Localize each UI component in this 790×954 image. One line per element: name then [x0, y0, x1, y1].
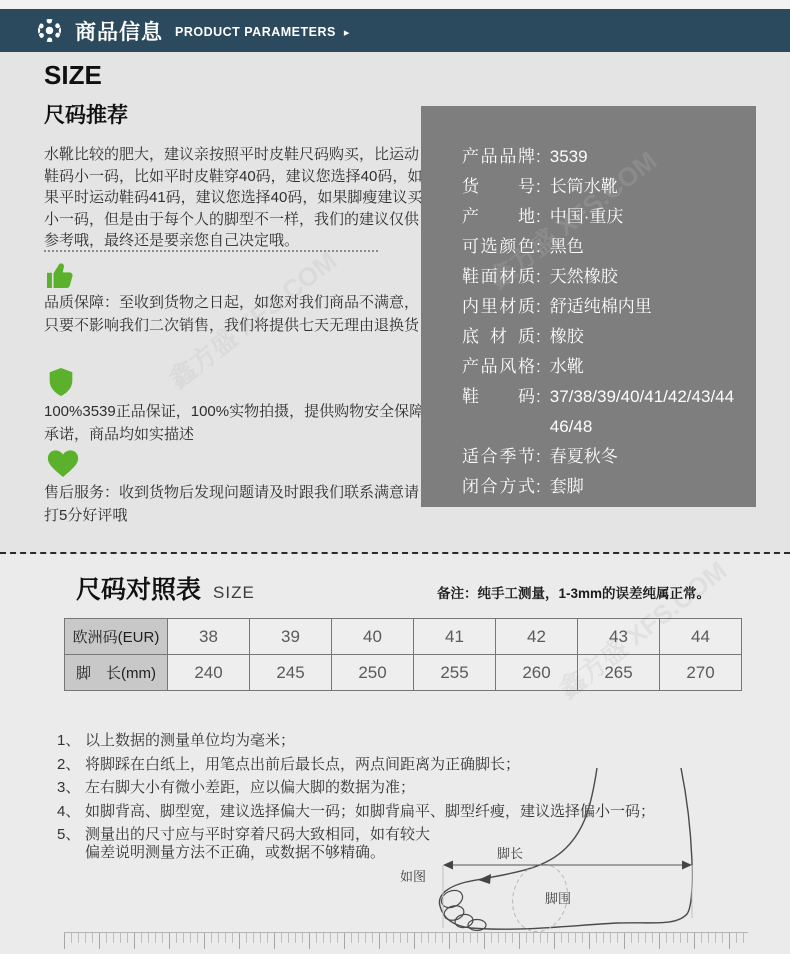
- authentic-guarantee-text: 100%3539正品保证，100%实物拍摄，提供购物安全保障承诺，商品均如实描述: [44, 400, 427, 446]
- row-header: 脚 长(mm): [65, 655, 168, 691]
- section-subtitle: PRODUCT PARAMETERS: [175, 25, 336, 39]
- shoe-sizes-line2: 46/48: [550, 412, 750, 442]
- arrow-left-icon: [443, 861, 453, 870]
- after-sale-text: 售后服务：收到货物后发现问题请及时跟我们联系满意请打5分好评哦: [44, 481, 427, 527]
- param-row-shoe-sizes: 鞋码:37/38/39/40/41/42/43/4446/48: [462, 382, 750, 442]
- param-row: 货号:长筒水靴: [462, 172, 750, 202]
- foot-measure-diagram: 如图 脚长 脚围: [390, 768, 790, 933]
- table-row-eur: 欧洲码(EUR) 38 39 40 41 42 43 44: [65, 619, 742, 655]
- section-title: 商品信息: [75, 16, 163, 46]
- product-parameters-page: 商品信息 PRODUCT PARAMETERS ▸ SIZE 尺码推荐 水靴比较…: [0, 0, 790, 954]
- ruler: [64, 932, 748, 949]
- param-row: 适合季节:春夏秋冬: [462, 442, 750, 472]
- label-foot-length: 脚长: [497, 846, 523, 861]
- shield-icon: [45, 366, 77, 398]
- size-chart-title: 尺码对照表: [76, 576, 201, 604]
- table-row-foot-length: 脚 长(mm) 240 245 250 255 260 265 270: [65, 655, 742, 691]
- size-recommend-section: SIZE 尺码推荐 水靴比较的肥大，建议亲按照平时皮鞋尺码购买，比运动鞋码小一码…: [0, 52, 790, 553]
- thumbs-up-icon: [45, 260, 77, 292]
- dotted-divider: [44, 250, 378, 252]
- param-row: 产地:中国·重庆: [462, 202, 750, 232]
- param-row: 内里材质:舒适纯棉内里: [462, 292, 750, 322]
- heart-icon: [45, 446, 81, 478]
- size-heading-cn: 尺码推荐: [44, 99, 426, 129]
- size-comparison-table: 欧洲码(EUR) 38 39 40 41 42 43 44 脚 长(mm) 24…: [64, 618, 742, 691]
- section-header: 商品信息 PRODUCT PARAMETERS ▸: [0, 9, 790, 52]
- param-row: 底材质:橡胶: [462, 322, 750, 352]
- arrow-right-icon: ▸: [344, 26, 350, 39]
- toes-outline: [439, 887, 486, 930]
- label-foot-girth: 脚围: [545, 891, 571, 906]
- note-item: 1、以上数据的测量单位均为毫米；: [57, 732, 655, 750]
- param-row: 闭合方式:套脚: [462, 472, 750, 502]
- param-row: 产品风格:水靴: [462, 352, 750, 382]
- param-row: 可选颜色:黑色: [462, 232, 750, 262]
- size-advice-paragraph: 水靴比较的肥大，建议亲按照平时皮鞋尺码购买，比运动鞋码小一码，比如平时皮鞋穿40…: [44, 144, 425, 252]
- quality-guarantee-text: 品质保障：至收到货物之日起，如您对我们商品不满意，只要不影响我们二次销售，我们将…: [44, 291, 427, 337]
- product-parameter-box: 产品品牌:3539 货号:长筒水靴 产地:中国·重庆 可选颜色:黑色 鞋面材质:…: [421, 106, 756, 507]
- arrow-right-icon: [682, 861, 692, 870]
- size-chart-section: 尺码对照表SIZE 备注：纯手工测量，1-3mm的误差纯属正常。 欧洲码(EUR…: [0, 554, 790, 954]
- size-heading-en: SIZE: [44, 60, 426, 91]
- measure-note: 备注：纯手工测量，1-3mm的误差纯属正常。: [437, 582, 710, 602]
- param-row: 鞋面材质:天然橡胶: [462, 262, 750, 292]
- row-header: 欧洲码(EUR): [65, 619, 168, 655]
- top-strip: [0, 0, 790, 9]
- size-chart-title-en: SIZE: [213, 583, 255, 602]
- label-as-shown: 如图: [400, 869, 426, 884]
- param-row: 产品品牌:3539: [462, 142, 750, 172]
- burst-icon: [38, 19, 61, 42]
